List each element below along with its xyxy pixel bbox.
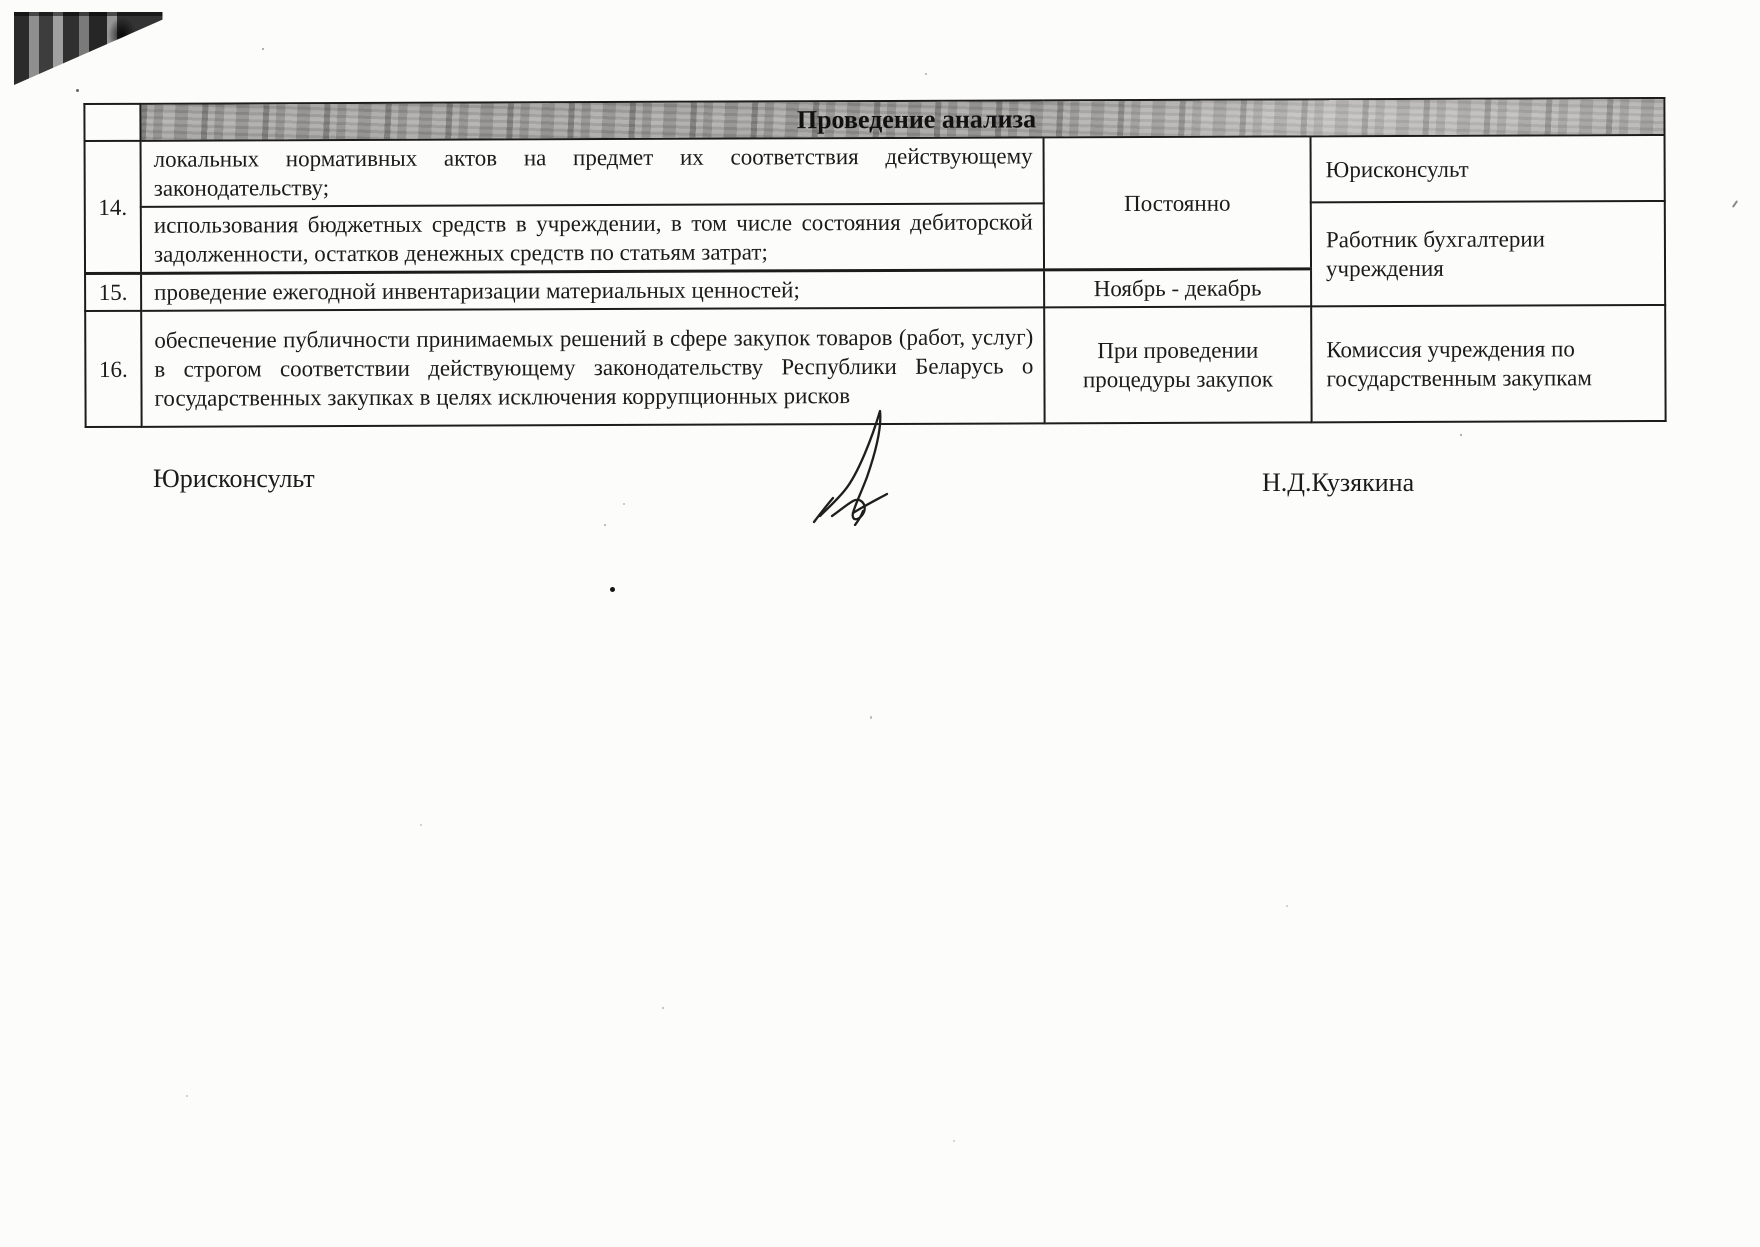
scan-speck: [76, 89, 79, 92]
period-cell: Ноябрь - декабрь: [1044, 269, 1311, 308]
row-number: 15.: [85, 273, 141, 311]
scan-speck: [262, 48, 264, 50]
scan-speck: [610, 587, 615, 592]
row-number: 14.: [85, 141, 142, 274]
scan-speck: [870, 716, 872, 719]
anticorruption-plan-table: Проведение анализа 14. локальных нормати…: [83, 97, 1666, 428]
section-header-title: Проведение анализа: [769, 104, 1036, 134]
scan-speck: [186, 1095, 188, 1097]
table-row: использования бюджетных средств в учрежд…: [85, 201, 1665, 274]
scan-speck: [953, 1140, 955, 1142]
period-cell: При проведении процедуры закупок: [1044, 306, 1311, 423]
responsible-cell: Юрисконсульт: [1311, 135, 1665, 202]
scan-speck: [925, 73, 927, 75]
scan-speck: [623, 503, 625, 505]
table-row: 14. локальных нормативных актов на предм…: [85, 135, 1665, 207]
scan-corner-artifact: [14, 9, 164, 85]
responsible-cell: Работник бухгалтерии учреждения: [1311, 201, 1665, 306]
activity-cell: обеспечение публичности принимаемых реше…: [141, 307, 1044, 426]
scan-speck: [420, 824, 422, 826]
section-header-cell: Проведение анализа: [140, 98, 1664, 141]
scanned-document-page: Проведение анализа 14. локальных нормати…: [0, 0, 1760, 1247]
scan-speck: [604, 524, 606, 526]
period-cell: Постоянно: [1044, 136, 1312, 270]
section-header-row: Проведение анализа: [84, 98, 1664, 141]
empty-number-cell: [84, 104, 140, 141]
activity-cell: проведение ежегодной инвентаризации мате…: [141, 270, 1044, 311]
signoff-name-label: Н.Д.Кузякина: [1262, 468, 1414, 498]
activity-cell: использования бюджетных средств в учрежд…: [141, 203, 1044, 273]
responsible-cell: Комиссия учреждения по государственным з…: [1311, 305, 1665, 422]
scan-speck: [1460, 434, 1462, 436]
signoff-position-label: Юрисконсульт: [153, 464, 315, 494]
row-number: 16.: [85, 311, 141, 427]
scan-speck: [1732, 200, 1738, 208]
handwritten-signature-icon: [810, 404, 894, 526]
activity-cell: локальных нормативных актов на предмет и…: [141, 137, 1044, 206]
scan-speck: [1286, 905, 1288, 907]
scan-speck: [662, 1007, 664, 1009]
